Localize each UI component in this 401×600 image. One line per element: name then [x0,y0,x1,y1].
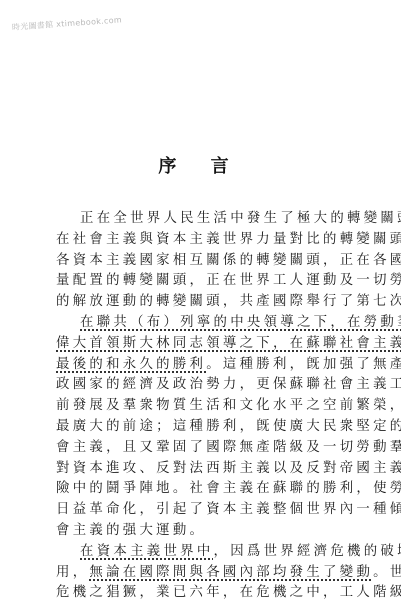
text-line: 最廣大的前途；這種勝利，旣使廣大民衆堅定的擁護社 [56,417,352,438]
text-line: 在社會主義與資本主義世界力量對比的轉變關頭，正在 [56,230,352,251]
text-line: 對資本進攻、反對法西斯主義以及反對帝國主義戰爭危 [56,459,352,480]
text-line: 的解放運動的轉變關頭，共產國際舉行了第七次大會。 [56,292,352,313]
page-title: 序 言 [0,152,401,178]
text-line: 在資本主義世界中，因爲世界經濟危機的破壞作 [56,542,352,563]
text-line: 用，無論在國際間與各國內部均發生了變動。世界經濟 [56,563,352,584]
body-text: 正在全世界人民生活中發生了極大的轉變關頭，正在社會主義與資本主義世界力量對比的轉… [56,209,352,600]
text-line: 會主義，且又鞏固了國際無產階級及一切勞動羣衆在反 [56,438,352,459]
text-line: 會主義的强大運動。 [56,521,352,542]
text-line: 偉大首領斯大林同志領導之下，在蘇聯社會主義獲得了 [56,334,352,355]
text-line: 政國家的經濟及政治勢力，更保蘇聯社會主義工業化向 [56,375,352,396]
watermark-text: 時光圖書館 xtimebook.com [12,14,123,33]
text-line: 各資本主義國家相互關係的轉變關頭，正在各國階級力 [56,251,352,272]
text-line: 最後的和永久的勝利。這種勝利，旣加强了無產階級專 [56,355,352,376]
text-line: 危機之猖獗，業已六年，在危機之中，工人階級遭受了 [56,583,352,600]
text-line: 日益革命化，引起了資本主義整個世界內一種傾向於社 [56,500,352,521]
text-line: 前發展及羣衆物質生活和文化水平之空前繁榮，開闢了 [56,396,352,417]
text-line: 正在全世界人民生活中發生了極大的轉變關頭，正 [56,209,352,230]
text-line: 險中的鬪爭陣地。社會主義在蘇聯的勝利，使勞動羣衆 [56,479,352,500]
text-line: 量配置的轉變關頭，正在世界工人運動及一切勞動羣衆 [56,271,352,292]
text-line: 在聯共（布）列寧的中央領導之下，在勞動羣衆的 [56,313,352,334]
